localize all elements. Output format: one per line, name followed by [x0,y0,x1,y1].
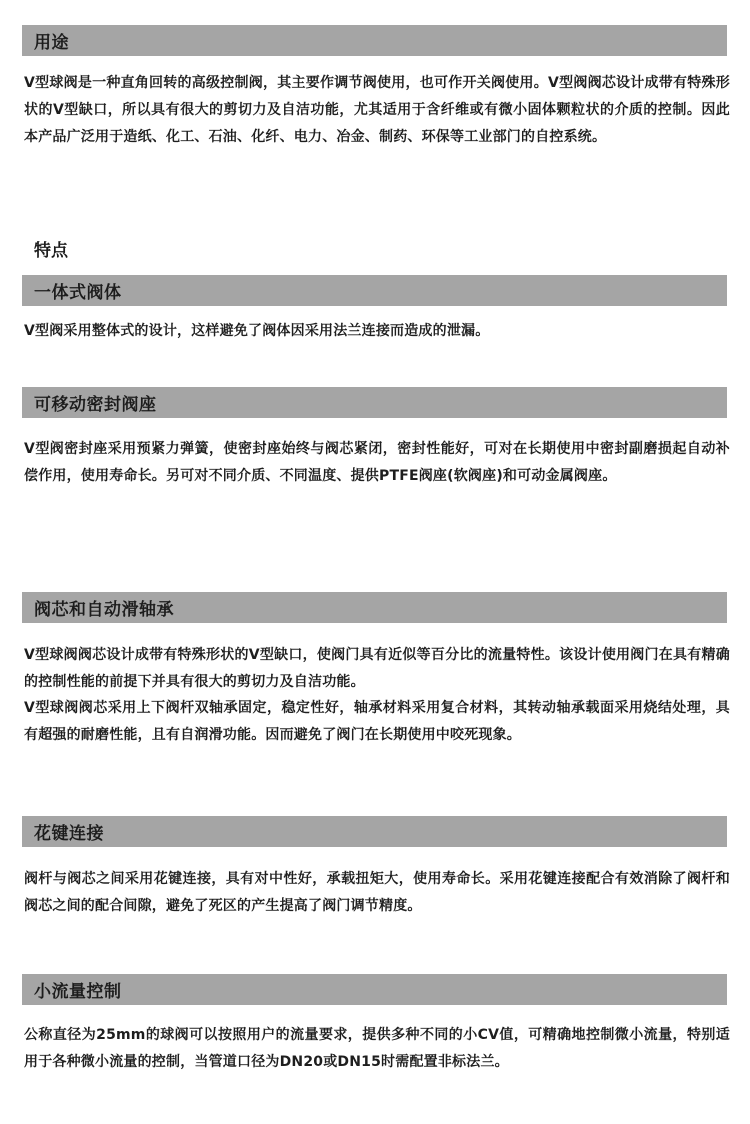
feature-paragraph: V型阀采用整体式的设计，这样避免了阀体因采用法兰连接而造成的泄漏。 [24,318,730,345]
feature-heading: 可移动密封阀座 [34,390,157,415]
feature-heading-bar: 阀芯和自动滑轴承 [22,592,727,623]
feature-heading: 阀芯和自动滑轴承 [34,595,174,620]
feature-paragraph: V型阀密封座采用预紧力弹簧，使密封座始终与阀芯紧闭，密封性能好，可对在长期使用中… [24,436,730,490]
feature-paragraph: V型球阀阀芯设计成带有特殊形状的V型缺口，使阀门具有近似等百分比的流量特性。该设… [24,642,730,696]
feature-heading: 一体式阀体 [34,278,122,303]
features-title: 特点 [34,236,68,261]
feature-heading-bar: 可移动密封阀座 [22,387,727,418]
feature-heading-bar: 一体式阀体 [22,275,727,306]
feature-heading-bar: 花键连接 [22,816,727,847]
feature-heading: 花键连接 [34,819,104,844]
section-heading-bar: 用途 [22,25,727,56]
feature-paragraph: 公称直径为25mm的球阀可以按照用户的流量要求，提供多种不同的小CV值，可精确地… [24,1022,730,1076]
section-paragraph: V型球阀是一种直角回转的高级控制阀，其主要作调节阀使用，也可作开关阀使用。V型阀… [24,70,730,151]
section-heading: 用途 [34,28,69,53]
feature-paragraph: V型球阀阀芯采用上下阀杆双轴承固定，稳定性好，轴承材料采用复合材料，其转动轴承载… [24,695,730,749]
feature-heading-bar: 小流量控制 [22,974,727,1005]
feature-paragraph: 阀杆与阀芯之间采用花键连接，具有对中性好，承载扭矩大，使用寿命长。采用花键连接配… [24,866,730,920]
feature-heading: 小流量控制 [34,977,122,1002]
